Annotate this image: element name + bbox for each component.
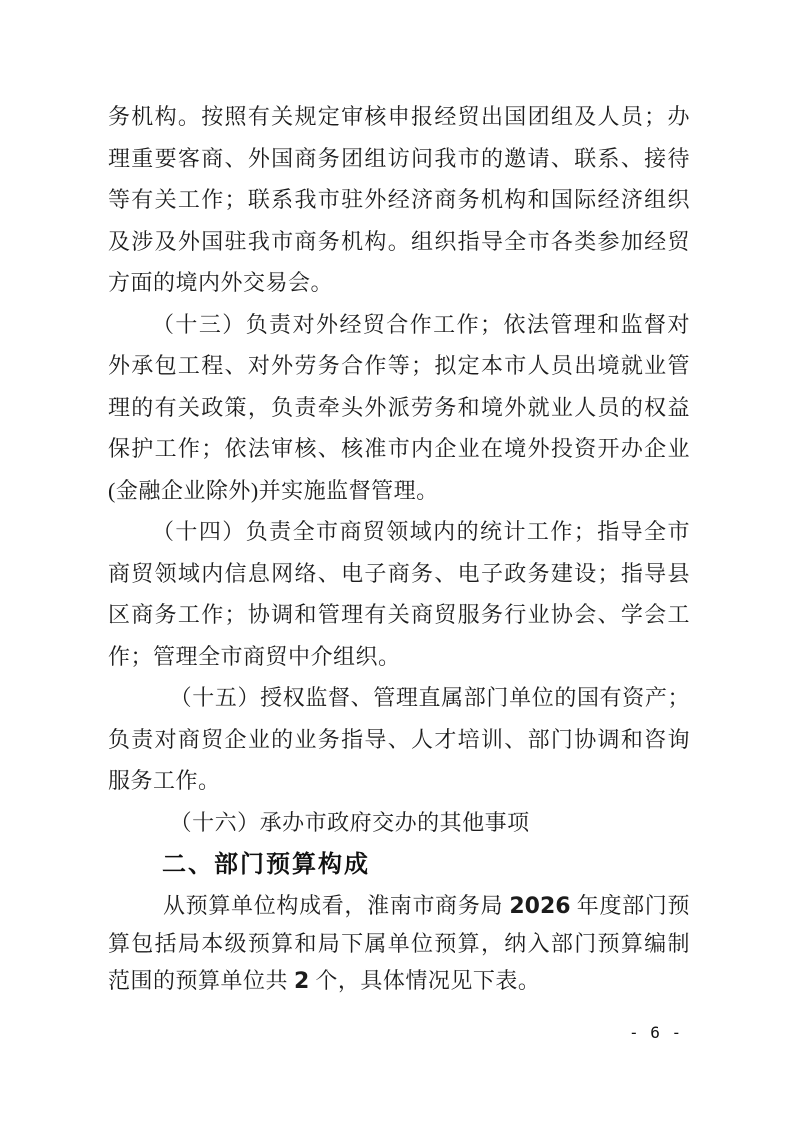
budget-paragraph-segment-3: 个，具体情况见下表。 — [309, 968, 540, 993]
document-body: 务机构。按照有关规定审核申报经贸出国团组及人员；办理重要客商、外国商务团组访问我… — [108, 96, 690, 1000]
paragraph-duty-14: （十四）负责全市商贸领域内的统计工作；指导全市商贸领域内信息网络、电子商务、电子… — [108, 511, 690, 677]
paragraph-duty-13: （十三）负责对外经贸合作工作；依法管理和监督对外承包工程、对外劳务合作等；拟定本… — [108, 304, 690, 512]
page-number: - 6 - — [629, 1023, 682, 1042]
paragraph-duty-continuation: 务机构。按照有关规定审核申报经贸出国团组及人员；办理重要客商、外国商务团组访问我… — [108, 96, 690, 304]
paragraph-duty-15: （十五）授权监督、管理直属部门单位的国有资产；负责对商贸企业的业务指导、人才培训… — [108, 677, 690, 802]
paragraph-budget-composition: 从预算单位构成看，淮南市商务局 2026 年度部门预算包括局本级预算和局下属单位… — [108, 887, 690, 1000]
budget-unit-count-value: 2 — [294, 969, 309, 994]
budget-paragraph-segment-1: 从预算单位构成看，淮南市商务局 — [163, 893, 509, 918]
budget-year-value: 2026 — [509, 894, 570, 919]
document-page: 务机构。按照有关规定审核申报经贸出国团组及人员；办理重要客商、外国商务团组访问我… — [0, 0, 793, 1122]
section-heading-budget-composition: 二、部门预算构成 — [108, 843, 690, 887]
paragraph-duty-16: （十六）承办市政府交办的其他事项 — [108, 802, 690, 844]
